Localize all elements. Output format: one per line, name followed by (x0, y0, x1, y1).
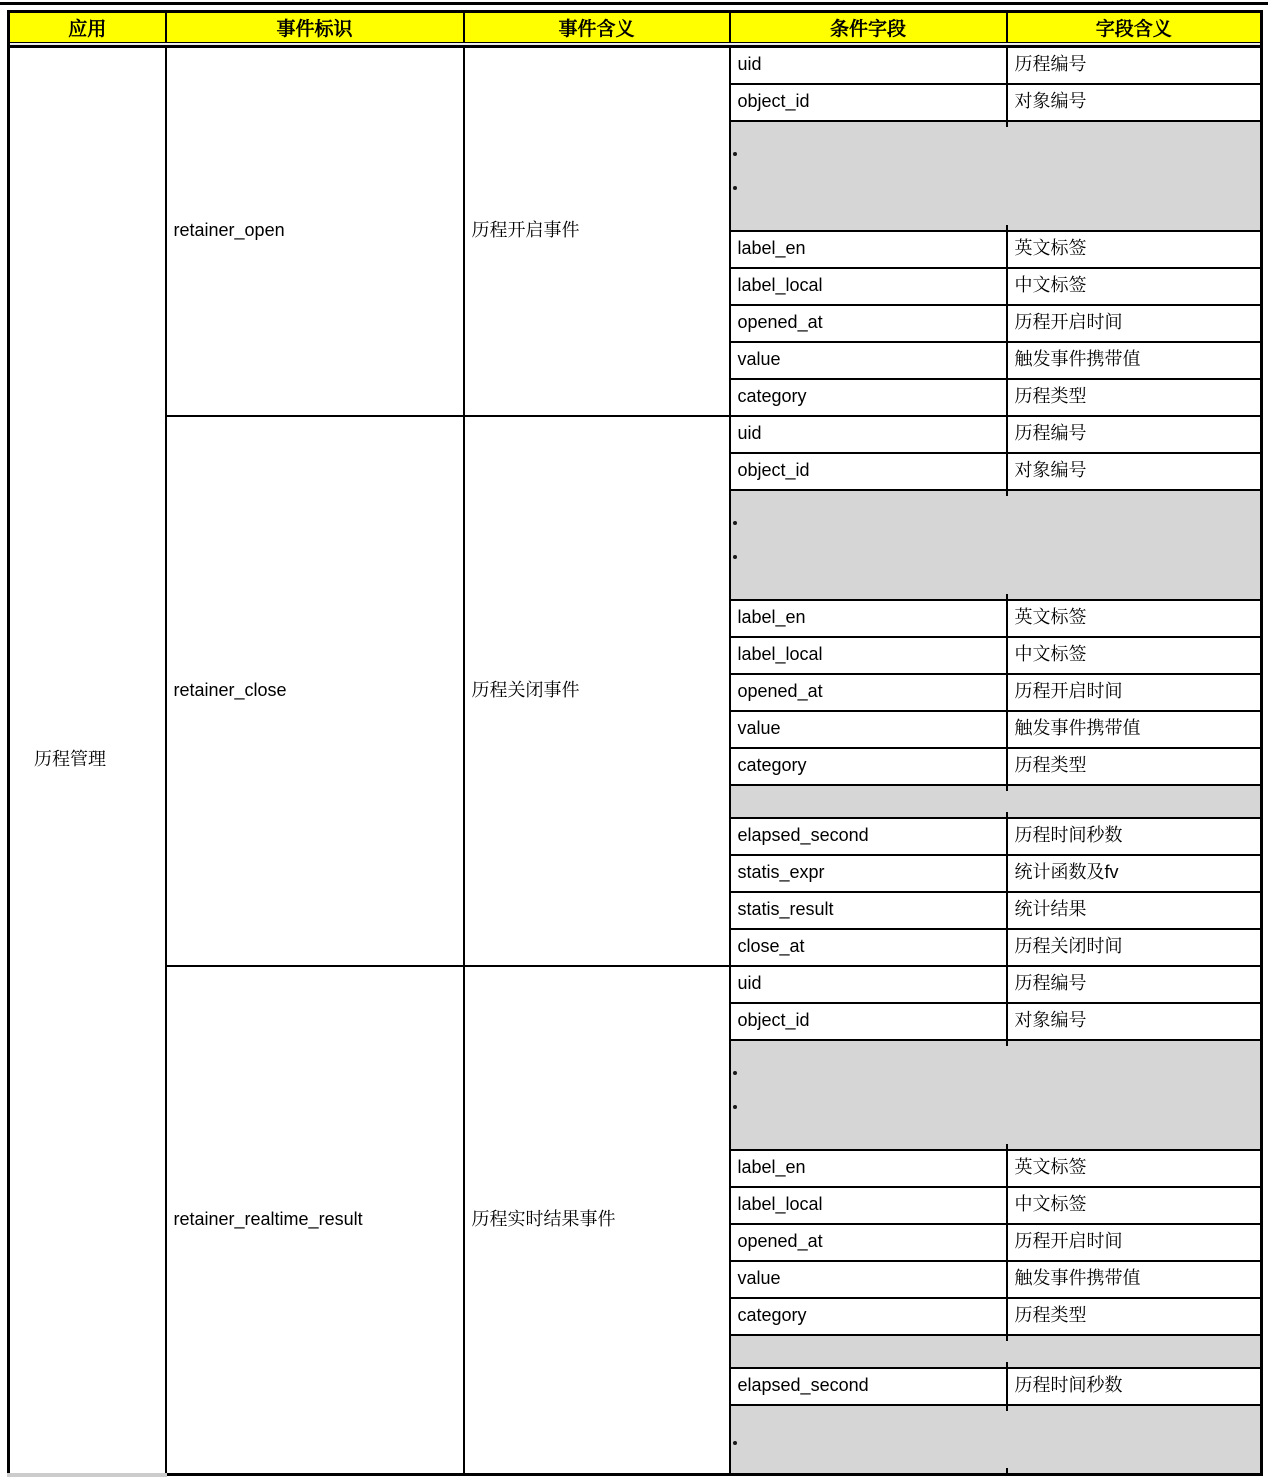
condition-field-cell: label_local (730, 637, 1007, 674)
field-meaning-cell: 历程类型 (1007, 1298, 1262, 1335)
event-id-cell: retainer_close (166, 416, 464, 966)
field-meaning-cell: 中文标签 (1007, 1187, 1262, 1224)
redacted-gray-cell (730, 1040, 1262, 1150)
redacted-gray-cell (730, 1405, 1262, 1475)
column-divider-stub (1006, 1144, 1008, 1149)
field-meaning-cell: 触发事件携带值 (1007, 342, 1262, 379)
field-meaning-cell: 历程开启时间 (1007, 1224, 1262, 1261)
field-meaning-cell: 历程类型 (1007, 748, 1262, 785)
redacted-gray-cell (730, 785, 1262, 818)
col-header-event-meaning: 事件含义 (464, 12, 730, 43)
condition-field-cell: statis_result (730, 892, 1007, 929)
condition-field-cell: value (730, 342, 1007, 379)
column-divider-stub (1006, 594, 1008, 599)
condition-field-cell: statis_expr (730, 855, 1007, 892)
field-meaning-cell: 触发事件携带值 (1007, 1261, 1262, 1298)
col-header-field-meaning: 字段含义 (1007, 12, 1262, 43)
event-meaning-cell: 历程开启事件 (464, 47, 730, 416)
dot-artifact (733, 555, 737, 559)
field-meaning-cell: 中文标签 (1007, 637, 1262, 674)
field-meaning-cell: 对象编号 (1007, 453, 1262, 490)
table-row: retainer_realtime_result历程实时结果事件uid历程编号 (9, 966, 1262, 1003)
event-id-cell: retainer_open (166, 47, 464, 416)
field-meaning-cell: 历程开启时间 (1007, 305, 1262, 342)
column-divider-stub (1006, 1468, 1008, 1473)
field-meaning-cell: 对象编号 (1007, 1003, 1262, 1040)
condition-field-cell: elapsed_second (730, 1368, 1007, 1405)
table-wrapper: 应用 事件标识 事件含义 条件字段 字段含义 历程管理retainer_open… (7, 10, 1263, 1477)
condition-field-cell: opened_at (730, 305, 1007, 342)
field-meaning-cell: 触发事件携带值 (1007, 711, 1262, 748)
condition-field-cell: label_en (730, 600, 1007, 637)
column-divider-stub (1006, 225, 1008, 230)
event-id-cell: retainer_realtime_result (166, 966, 464, 1475)
condition-field-cell: value (730, 711, 1007, 748)
column-divider-stub (1006, 122, 1008, 127)
events-table: 应用 事件标识 事件含义 条件字段 字段含义 历程管理retainer_open… (7, 10, 1263, 1477)
column-divider-stub (1006, 1406, 1008, 1411)
dot-artifact (733, 152, 737, 156)
condition-field-cell: label_local (730, 268, 1007, 305)
condition-field-cell: label_en (730, 1150, 1007, 1187)
field-meaning-cell: 历程时间秒数 (1007, 818, 1262, 855)
column-divider-stub (1006, 491, 1008, 496)
condition-field-cell: category (730, 748, 1007, 785)
column-divider-stub (1006, 786, 1008, 791)
condition-field-cell: object_id (730, 84, 1007, 121)
condition-field-cell: uid (730, 966, 1007, 1003)
field-meaning-cell: 统计结果 (1007, 892, 1262, 929)
redacted-gray-cell (730, 1335, 1262, 1368)
table-header: 应用 事件标识 事件含义 条件字段 字段含义 (9, 12, 1262, 43)
column-divider-stub (1006, 1336, 1008, 1341)
table-row: retainer_close历程关闭事件uid历程编号 (9, 416, 1262, 453)
condition-field-cell: elapsed_second (730, 818, 1007, 855)
condition-field-cell: category (730, 379, 1007, 416)
field-meaning-cell: 中文标签 (1007, 268, 1262, 305)
dot-artifact (733, 186, 737, 190)
header-row: 应用 事件标识 事件含义 条件字段 字段含义 (9, 12, 1262, 43)
condition-field-cell: close_at (730, 929, 1007, 966)
condition-field-cell: opened_at (730, 674, 1007, 711)
dot-artifact (733, 521, 737, 525)
dot-artifact (733, 1105, 737, 1109)
dot-artifact (733, 1441, 737, 1445)
field-meaning-cell: 统计函数及fv (1007, 855, 1262, 892)
condition-field-cell: opened_at (730, 1224, 1007, 1261)
dot-artifact (733, 1071, 737, 1075)
field-meaning-cell: 英文标签 (1007, 600, 1262, 637)
field-meaning-cell: 历程编号 (1007, 416, 1262, 453)
condition-field-cell: category (730, 1298, 1007, 1335)
event-meaning-cell: 历程关闭事件 (464, 416, 730, 966)
condition-field-cell: label_en (730, 231, 1007, 268)
field-meaning-cell: 历程编号 (1007, 966, 1262, 1003)
table-row: 历程管理retainer_open历程开启事件uid历程编号 (9, 47, 1262, 84)
column-divider-stub (1006, 812, 1008, 817)
condition-field-cell: uid (730, 416, 1007, 453)
field-meaning-cell: 英文标签 (1007, 1150, 1262, 1187)
field-meaning-cell: 历程关闭时间 (1007, 929, 1262, 966)
condition-field-cell: label_local (730, 1187, 1007, 1224)
col-header-app: 应用 (9, 12, 166, 43)
table-body: 历程管理retainer_open历程开启事件uid历程编号object_id对… (9, 43, 1262, 1475)
top-rule (0, 2, 1268, 5)
column-divider-stub (1006, 1041, 1008, 1046)
field-meaning-cell: 历程时间秒数 (1007, 1368, 1262, 1405)
app-cell: 历程管理 (9, 47, 166, 1475)
field-meaning-cell: 历程编号 (1007, 47, 1262, 84)
condition-field-cell: object_id (730, 453, 1007, 490)
field-meaning-cell: 对象编号 (1007, 84, 1262, 121)
condition-field-cell: uid (730, 47, 1007, 84)
field-meaning-cell: 历程开启时间 (1007, 674, 1262, 711)
condition-field-cell: object_id (730, 1003, 1007, 1040)
col-header-event-id: 事件标识 (166, 12, 464, 43)
column-divider-stub (1006, 1362, 1008, 1367)
field-meaning-cell: 英文标签 (1007, 231, 1262, 268)
redacted-gray-cell (730, 121, 1262, 231)
event-meaning-cell: 历程实时结果事件 (464, 966, 730, 1475)
redacted-gray-cell (730, 490, 1262, 600)
field-meaning-cell: 历程类型 (1007, 379, 1262, 416)
col-header-condition-field: 条件字段 (730, 12, 1007, 43)
condition-field-cell: value (730, 1261, 1007, 1298)
